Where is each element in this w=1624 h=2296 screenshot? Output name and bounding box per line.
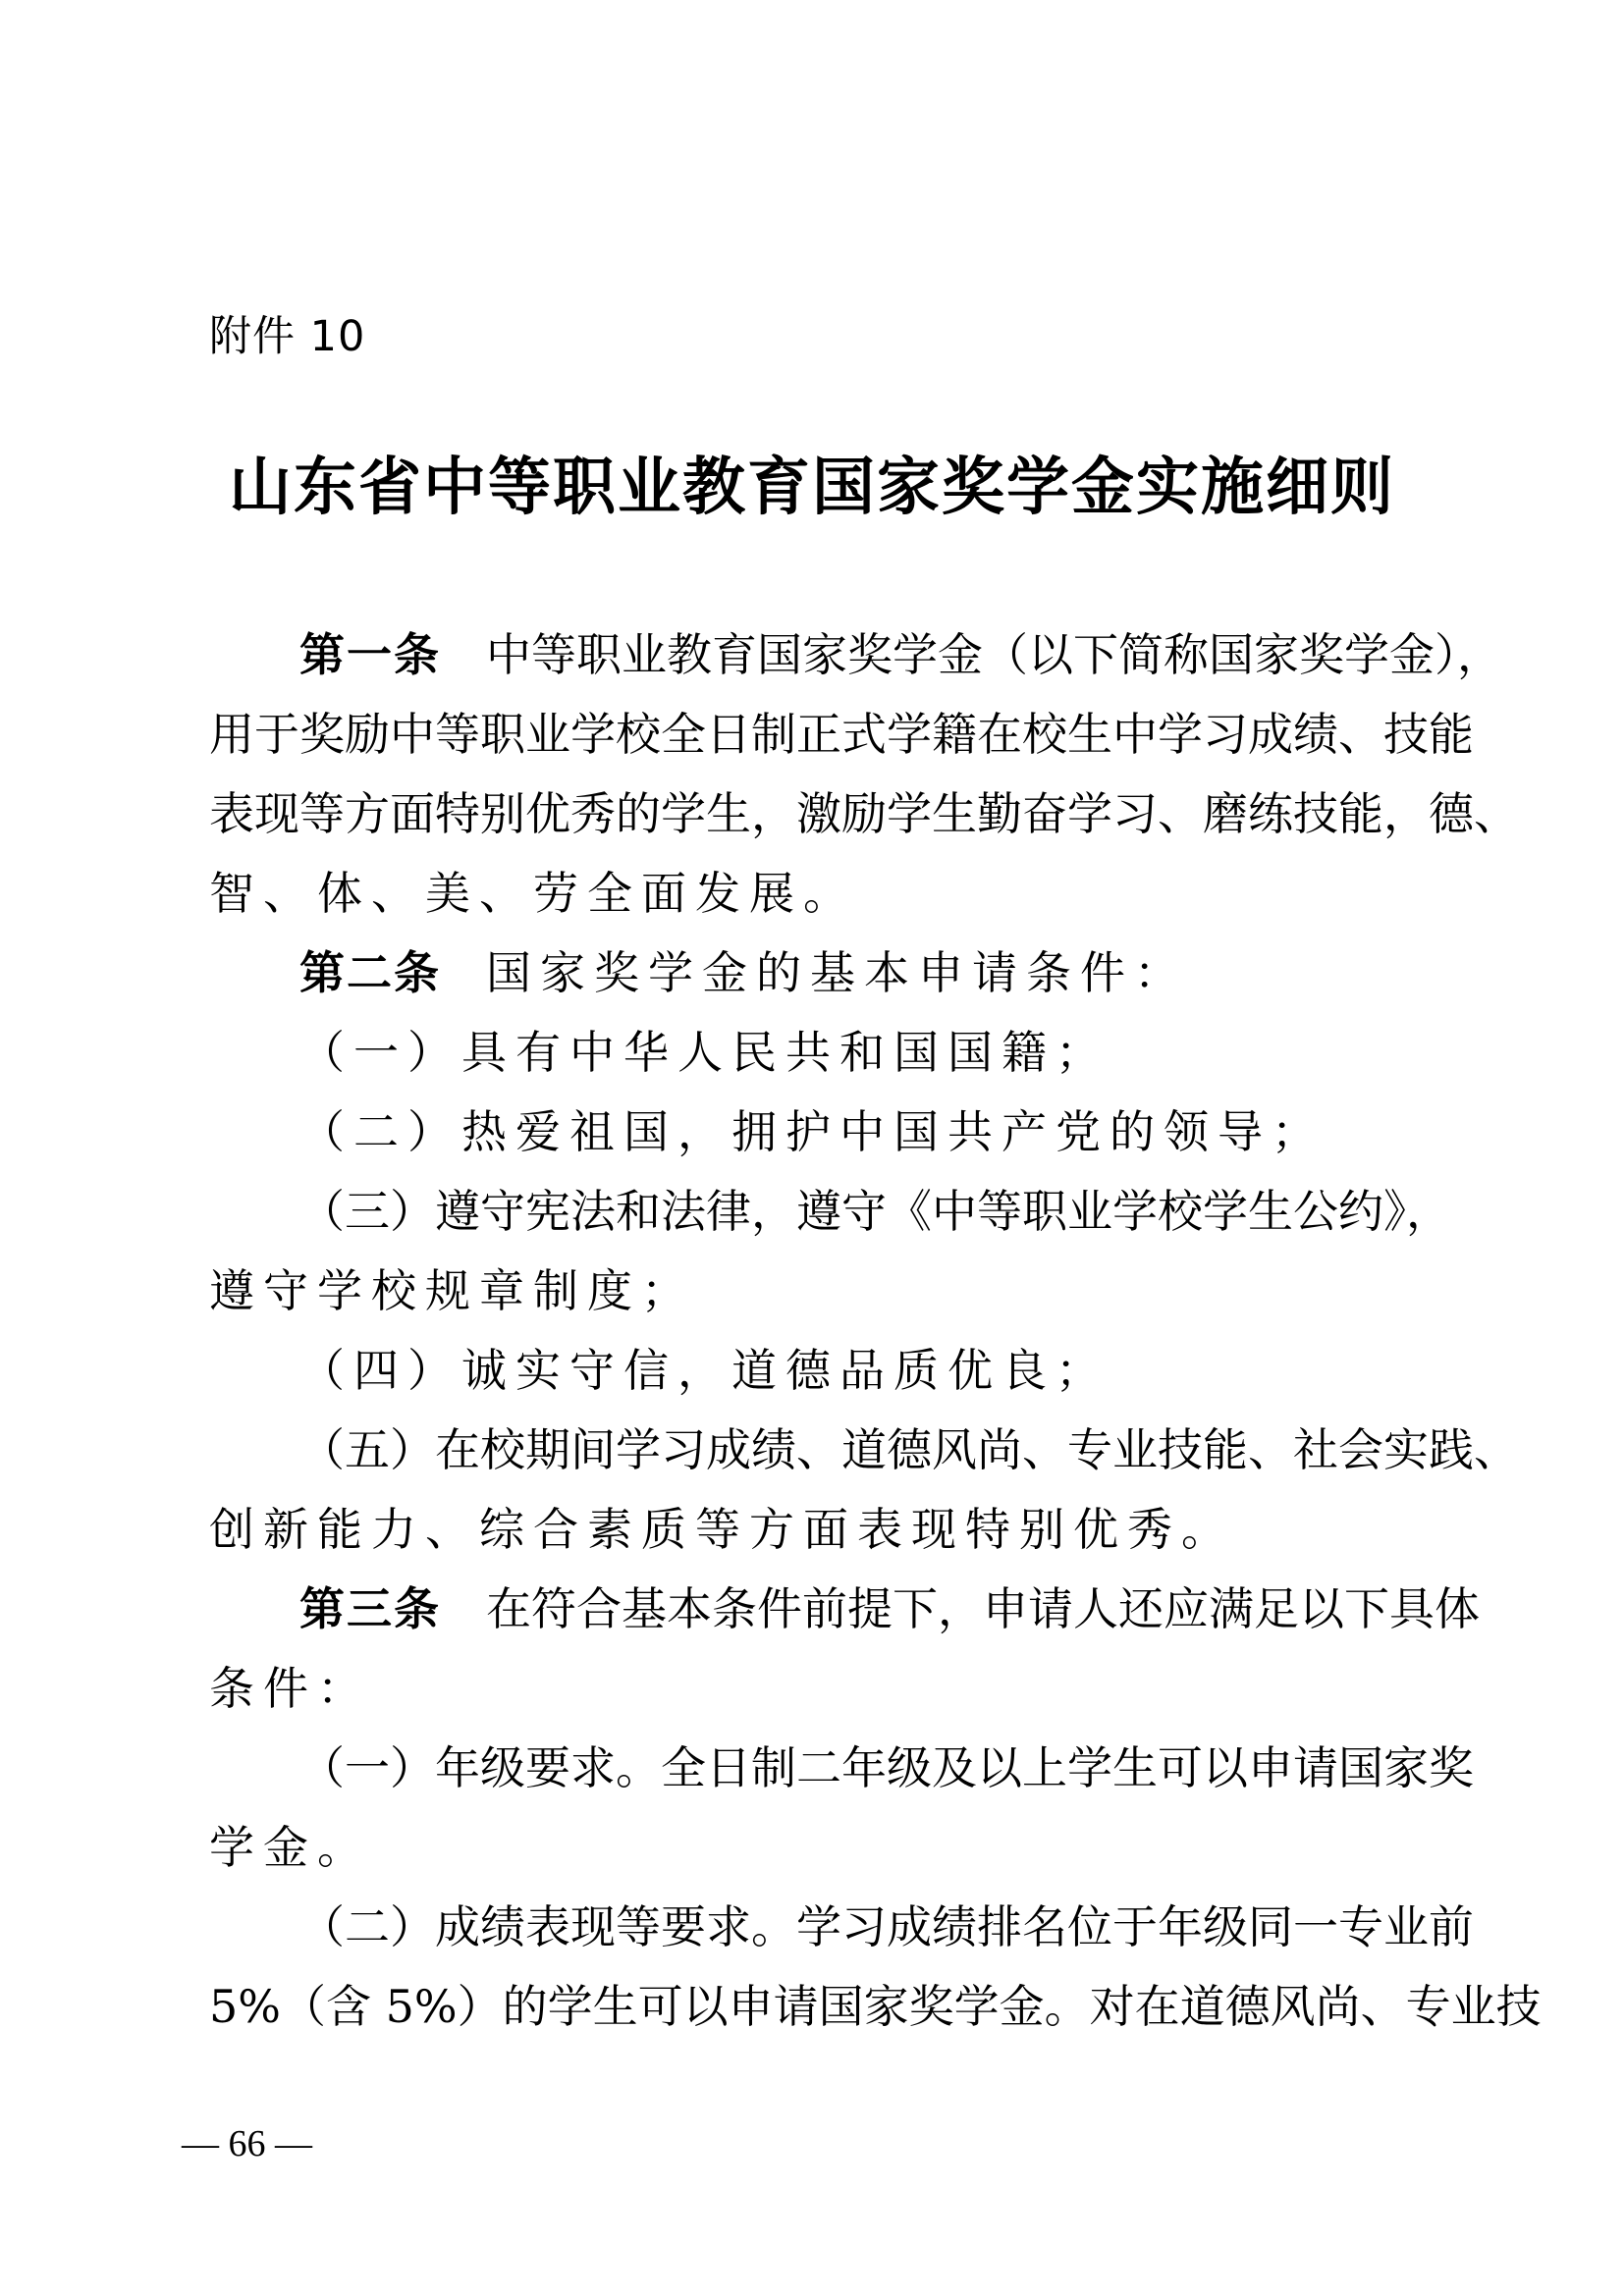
article-2-item-3-line-1: （三）遵守宪法和法律，遵守《中等职业学校学生公约》， xyxy=(209,1172,1436,1252)
article-3-item-2-line-1: （二）成绩表现等要求。学习成绩排名位于年级同一专业前 xyxy=(209,1888,1436,1967)
article-1-line-4: 智、体、美、劳全面发展。 xyxy=(209,854,1436,934)
article-1-line-1: 第一条中等职业教育国家奖学金（以下简称国家奖学金）， xyxy=(209,615,1436,695)
article-3-line-2: 条件： xyxy=(209,1649,1436,1729)
article-3-text: 在符合基本条件前提下，申请人还应满足以下具体 xyxy=(486,1582,1480,1635)
document-title: 山东省中等职业教育国家奖学金实施细则 xyxy=(0,449,1624,527)
article-1-heading: 第一条 xyxy=(299,628,441,681)
article-1-text: 中等职业教育国家奖学金（以下简称国家奖学金）， xyxy=(486,628,1502,681)
article-2-item-2: （二）热爱祖国，拥护中国共产党的领导； xyxy=(209,1093,1436,1172)
article-3-heading: 第三条 xyxy=(299,1582,441,1635)
document-body: 第一条中等职业教育国家奖学金（以下简称国家奖学金）， 用于奖励中等职业学校全日制… xyxy=(209,615,1436,2047)
article-3-line-1: 第三条在符合基本条件前提下，申请人还应满足以下具体 xyxy=(209,1570,1436,1649)
article-2-item-3-line-2: 遵守学校规章制度； xyxy=(209,1252,1436,1331)
document-page: 附件 10 山东省中等职业教育国家奖学金实施细则 第一条中等职业教育国家奖学金（… xyxy=(0,0,1624,2296)
article-2-line-1: 第二条国家奖学金的基本申请条件： xyxy=(209,934,1436,1013)
article-2-text: 国家奖学金的基本申请条件： xyxy=(486,946,1188,999)
article-2-item-5-line-2: 创新能力、综合素质等方面表现特别优秀。 xyxy=(209,1490,1436,1570)
article-3-item-1-line-2: 学金。 xyxy=(209,1808,1436,1888)
article-3-item-2-line-2: 5%（含 5%）的学生可以申请国家奖学金。对在道德风尚、专业技 xyxy=(209,1967,1436,2047)
article-2-item-5-line-1: （五）在校期间学习成绩、道德风尚、专业技能、社会实践、 xyxy=(209,1411,1436,1490)
attachment-label: 附件 10 xyxy=(209,312,365,361)
article-2-item-1: （一）具有中华人民共和国国籍； xyxy=(209,1013,1436,1093)
article-3-item-1-line-1: （一）年级要求。全日制二年级及以上学生可以申请国家奖 xyxy=(209,1729,1436,1808)
article-2-item-4: （四）诚实守信，道德品质优良； xyxy=(209,1331,1436,1411)
article-1-line-2: 用于奖励中等职业学校全日制正式学籍在校生中学习成绩、技能 xyxy=(209,695,1436,774)
article-1-line-3: 表现等方面特别优秀的学生，激励学生勤奋学习、磨练技能，德、 xyxy=(209,774,1436,854)
article-2-heading: 第二条 xyxy=(299,946,441,999)
page-number: — 66 — xyxy=(182,2120,312,2167)
